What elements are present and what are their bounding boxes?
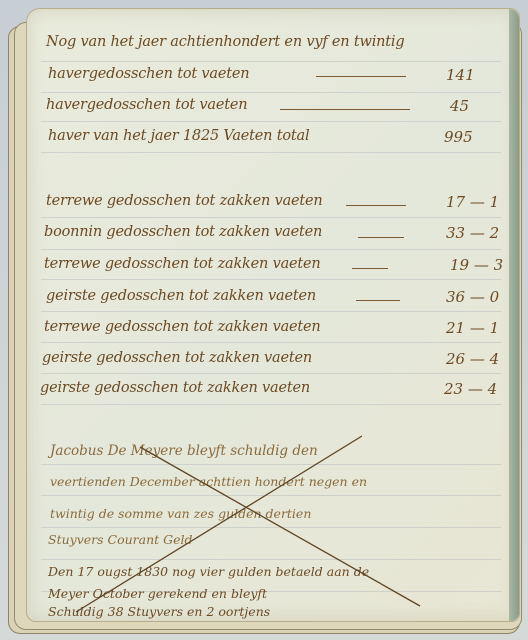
note-line: Jacobus De Meyere bleyft schuldig den — [50, 443, 318, 459]
entry-label: geirste gedosschen tot zakken vaeten — [42, 350, 312, 366]
ruled-line — [41, 61, 501, 62]
ruled-line — [41, 559, 501, 560]
ruled-line — [41, 464, 501, 465]
entry-label: boonnin gedosschen tot zakken vaeten — [44, 224, 322, 240]
entry-label: geirste gedosschen tot zakken vaeten — [40, 380, 310, 396]
page-heading: Nog van het jaer achtienhondert en vyf e… — [46, 34, 404, 50]
ruled-line — [41, 495, 501, 496]
entry-label: terrewe gedosschen tot zakken vaeten — [46, 193, 323, 209]
entry-value-total: 995 — [444, 128, 473, 146]
note-line: twintig de somme van zes gulden dertien — [50, 506, 311, 521]
ruled-line — [41, 373, 501, 374]
entry-value: 19 — 3 — [450, 256, 503, 274]
leader-dash — [280, 109, 410, 110]
note-line: Den 17 ougst 1830 nog vier gulden betael… — [48, 564, 369, 579]
entry-label-total: haver van het jaer 1825 Vaeten total — [48, 128, 309, 144]
entry-label: terrewe gedosschen tot zakken vaeten — [44, 319, 321, 335]
ruled-line — [41, 311, 501, 312]
entry-value: 33 — 2 — [446, 224, 499, 242]
entry-label: havergedosschen tot vaeten — [46, 97, 247, 113]
leader-dash — [352, 268, 388, 269]
entry-value: 21 — 1 — [446, 319, 499, 337]
entry-label: havergedosschen tot vaeten — [48, 66, 249, 82]
ruled-line — [41, 404, 501, 405]
ruled-line — [41, 217, 501, 218]
leader-dash — [346, 205, 406, 206]
entry-value: 23 — 4 — [444, 380, 497, 398]
leader-dash — [358, 237, 404, 238]
entry-label: geirste gedosschen tot zakken vaeten — [46, 288, 316, 304]
leader-dash — [356, 300, 400, 301]
note-line: Meyer October gerekend en bleyft — [48, 586, 267, 601]
entry-value: 17 — 1 — [446, 193, 499, 211]
ruled-line — [41, 279, 501, 280]
note-line: Schuldig 38 Stuyvers en 2 oortjens — [48, 604, 270, 619]
entry-value: 141 — [446, 66, 475, 84]
entry-label: terrewe gedosschen tot zakken vaeten — [44, 256, 321, 272]
note-line: Stuyvers Courant Geld — [48, 532, 193, 547]
ruled-line — [41, 249, 501, 250]
ruled-line — [41, 527, 501, 528]
note-line: veertienden December achttien hondert ne… — [50, 474, 367, 489]
ruled-line — [41, 342, 501, 343]
entry-value: 45 — [450, 97, 469, 115]
leader-dash — [316, 76, 406, 77]
entry-value: 36 — 0 — [446, 288, 499, 306]
ruled-line — [41, 92, 501, 93]
entry-value: 26 — 4 — [446, 350, 499, 368]
ruled-line — [41, 121, 501, 122]
ruled-line — [41, 152, 501, 153]
book-spine — [509, 9, 519, 621]
